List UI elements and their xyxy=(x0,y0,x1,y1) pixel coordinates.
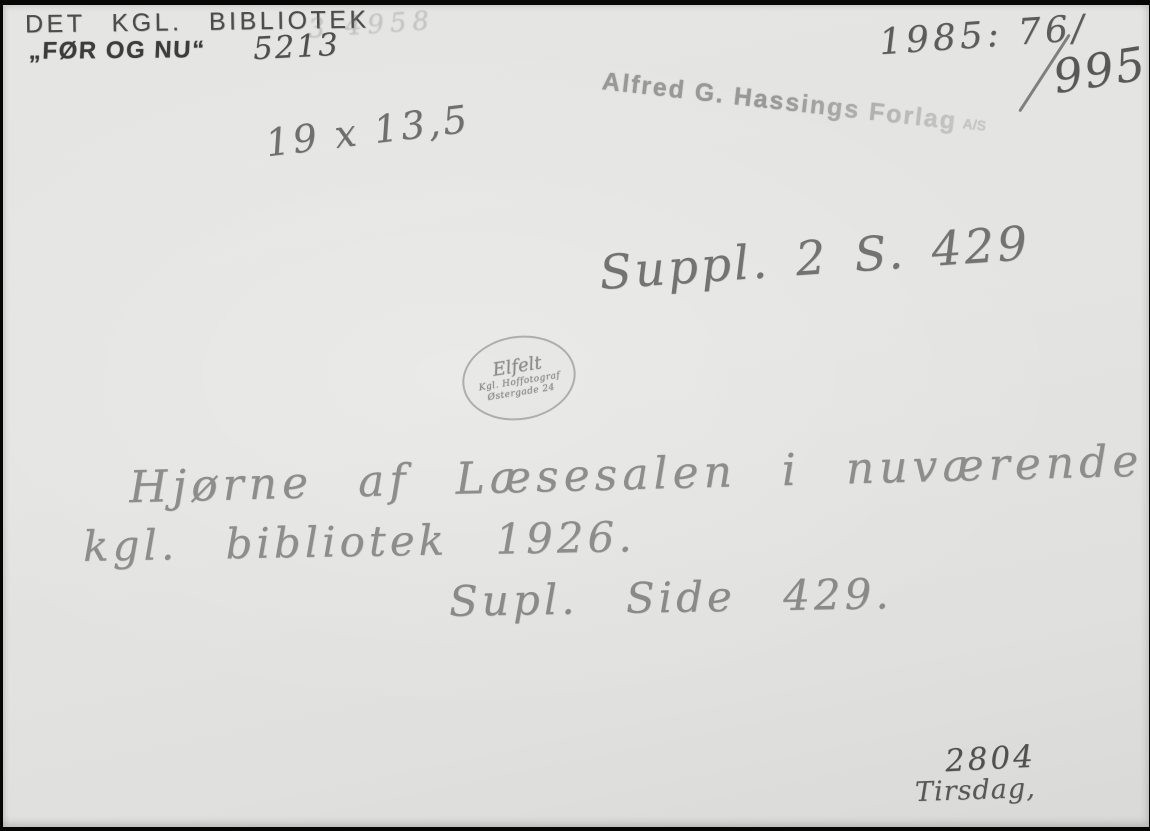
card-paper: DET KGL. BIBLIOTEK „FØR OG NU“ 5213 3 49… xyxy=(3,5,1149,827)
collection-stamp: „FØR OG NU“ xyxy=(28,36,206,66)
caption-line2: kgl. bibliotek 1926. xyxy=(83,512,636,571)
publisher-stamp-as: A/S xyxy=(962,115,987,134)
photographer-oval-stamp: Elfelt Kgl. Hoffotograf Østergade 24 xyxy=(456,328,582,429)
caption-line1: Hjørne af Læsesalen i nuværende xyxy=(129,436,1144,514)
caption-line3: Supl. Side 429. xyxy=(449,569,893,626)
bottom-word: Tirsdag, xyxy=(914,773,1036,808)
publisher-stamp: Alfred G. Hassings ForlagA/S xyxy=(601,67,988,140)
publisher-stamp-text: Alfred G. Hassings Forlag xyxy=(601,67,959,135)
supplement-ref: Suppl. 2 S. 429 xyxy=(598,216,1032,301)
scanned-photo-back: DET KGL. BIBLIOTEK „FØR OG NU“ 5213 3 49… xyxy=(0,0,1150,831)
dimensions-note: 19 x 13,5 xyxy=(263,97,472,166)
